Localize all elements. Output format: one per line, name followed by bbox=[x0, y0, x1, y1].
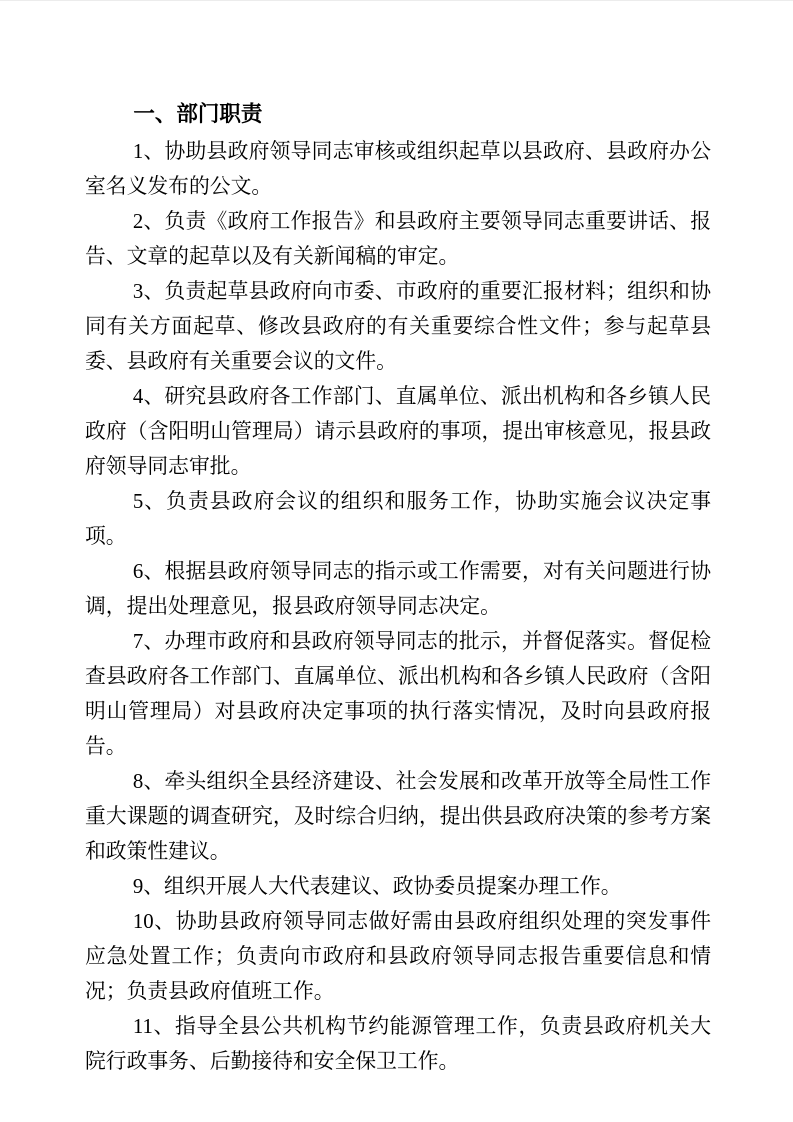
paragraph-list: 1、协助县政府领导同志审核或组织起草以县政府、县政府办公室名义发布的公文。2、负… bbox=[85, 134, 711, 1079]
paragraph: 9、组织开展人大代表建议、政协委员提案办理工作。 bbox=[85, 869, 711, 904]
paragraph: 11、指导全县公共机构节约能源管理工作，负责县政府机关大院行政事务、后勤接待和安… bbox=[85, 1009, 711, 1079]
paragraph: 5、负责县政府会议的组织和服务工作，协助实施会议决定事项。 bbox=[85, 484, 711, 554]
section-heading: 一、部门职责 bbox=[85, 97, 711, 132]
document-content: 一、部门职责 1、协助县政府领导同志审核或组织起草以县政府、县政府办公室名义发布… bbox=[85, 97, 711, 1079]
document-page: 一、部门职责 1、协助县政府领导同志审核或组织起草以县政府、县政府办公室名义发布… bbox=[0, 0, 793, 1122]
paragraph: 8、牵头组织全县经济建设、社会发展和改革开放等全局性工作重大课题的调查研究，及时… bbox=[85, 764, 711, 869]
paragraph: 7、办理市政府和县政府领导同志的批示，并督促落实。督促检查县政府各工作部门、直属… bbox=[85, 624, 711, 764]
paragraph: 4、研究县政府各工作部门、直属单位、派出机构和各乡镇人民政府（含阳明山管理局）请… bbox=[85, 379, 711, 484]
paragraph: 6、根据县政府领导同志的指示或工作需要，对有关问题进行协调，提出处理意见，报县政… bbox=[85, 554, 711, 624]
paragraph: 3、负责起草县政府向市委、市政府的重要汇报材料；组织和协同有关方面起草、修改县政… bbox=[85, 274, 711, 379]
paragraph: 2、负责《政府工作报告》和县政府主要领导同志重要讲话、报告、文章的起草以及有关新… bbox=[85, 204, 711, 274]
paragraph: 1、协助县政府领导同志审核或组织起草以县政府、县政府办公室名义发布的公文。 bbox=[85, 134, 711, 204]
paragraph: 10、协助县政府领导同志做好需由县政府组织处理的突发事件应急处置工作；负责向市政… bbox=[85, 904, 711, 1009]
